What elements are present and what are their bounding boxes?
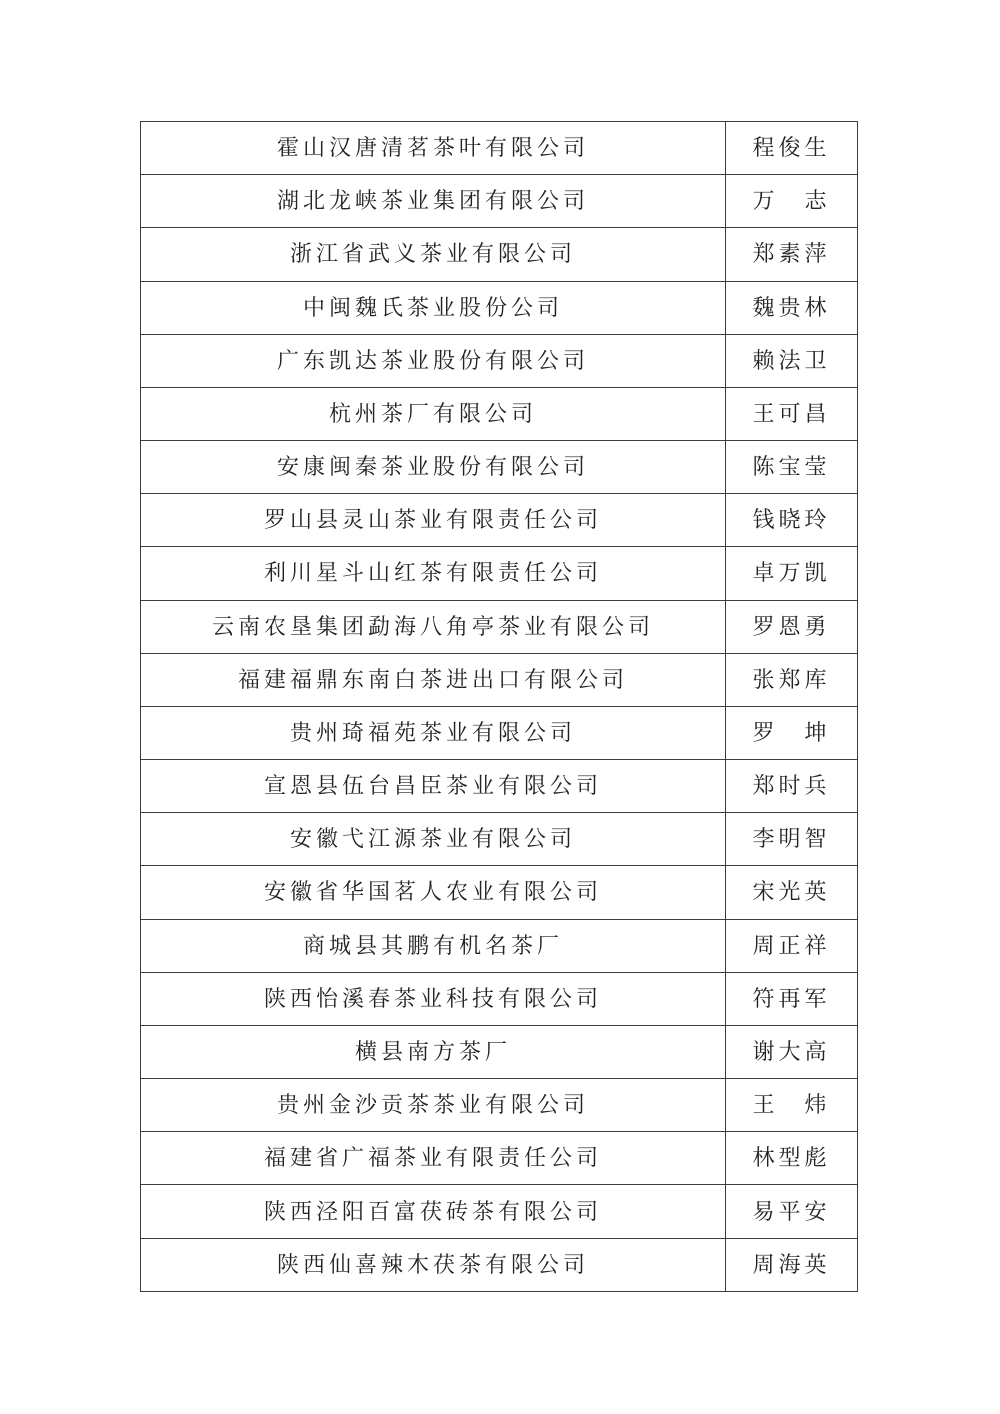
representative-name-cell: 王 炜 <box>726 1079 858 1132</box>
table-row: 浙江省武义茶业有限公司郑素萍 <box>141 228 858 281</box>
table-row: 商城县其鹏有机名茶厂周正祥 <box>141 919 858 972</box>
table-row: 陕西仙喜辣木茯茶有限公司周海英 <box>141 1238 858 1291</box>
company-name-cell: 中闽魏氏茶业股份公司 <box>141 281 726 334</box>
table-row: 霍山汉唐清茗茶叶有限公司程俊生 <box>141 122 858 175</box>
representative-name-cell: 谢大高 <box>726 1025 858 1078</box>
representative-name-cell: 周正祥 <box>726 919 858 972</box>
table-row: 贵州琦福苑茶业有限公司罗 坤 <box>141 706 858 759</box>
company-name-cell: 杭州茶厂有限公司 <box>141 387 726 440</box>
table-row: 陕西怡溪春茶业科技有限公司符再军 <box>141 972 858 1025</box>
company-name-cell: 商城县其鹏有机名茶厂 <box>141 919 726 972</box>
representative-name-cell: 钱晓玲 <box>726 494 858 547</box>
company-name-cell: 霍山汉唐清茗茶叶有限公司 <box>141 122 726 175</box>
representative-name-cell: 魏贵林 <box>726 281 858 334</box>
table-row: 杭州茶厂有限公司王可昌 <box>141 387 858 440</box>
table-row: 宣恩县伍台昌臣茶业有限公司郑时兵 <box>141 760 858 813</box>
document-page: 霍山汉唐清茗茶叶有限公司程俊生湖北龙峡茶业集团有限公司万 志浙江省武义茶业有限公… <box>0 0 1000 1414</box>
company-name-cell: 安徽省华国茗人农业有限公司 <box>141 866 726 919</box>
representative-name-cell: 卓万凯 <box>726 547 858 600</box>
table-row: 罗山县灵山茶业有限责任公司钱晓玲 <box>141 494 858 547</box>
company-name-cell: 贵州金沙贡茶茶业有限公司 <box>141 1079 726 1132</box>
representative-name-cell: 程俊生 <box>726 122 858 175</box>
company-name-cell: 陕西仙喜辣木茯茶有限公司 <box>141 1238 726 1291</box>
representative-name-cell: 罗 坤 <box>726 706 858 759</box>
representative-name-cell: 周海英 <box>726 1238 858 1291</box>
table-row: 福建省广福茶业有限责任公司林型彪 <box>141 1132 858 1185</box>
table-row: 横县南方茶厂谢大高 <box>141 1025 858 1078</box>
table-body: 霍山汉唐清茗茶叶有限公司程俊生湖北龙峡茶业集团有限公司万 志浙江省武义茶业有限公… <box>141 122 858 1292</box>
table-row: 云南农垦集团勐海八角亭茶业有限公司罗恩勇 <box>141 600 858 653</box>
table-row: 利川星斗山红茶有限责任公司卓万凯 <box>141 547 858 600</box>
company-representative-table: 霍山汉唐清茗茶叶有限公司程俊生湖北龙峡茶业集团有限公司万 志浙江省武义茶业有限公… <box>140 121 858 1292</box>
representative-name-cell: 万 志 <box>726 175 858 228</box>
company-name-cell: 福建省广福茶业有限责任公司 <box>141 1132 726 1185</box>
representative-name-cell: 郑素萍 <box>726 228 858 281</box>
company-name-cell: 罗山县灵山茶业有限责任公司 <box>141 494 726 547</box>
representative-name-cell: 王可昌 <box>726 387 858 440</box>
representative-name-cell: 罗恩勇 <box>726 600 858 653</box>
table-row: 贵州金沙贡茶茶业有限公司王 炜 <box>141 1079 858 1132</box>
company-name-cell: 贵州琦福苑茶业有限公司 <box>141 706 726 759</box>
representative-name-cell: 郑时兵 <box>726 760 858 813</box>
company-name-cell: 宣恩县伍台昌臣茶业有限公司 <box>141 760 726 813</box>
table-row: 广东凯达茶业股份有限公司赖法卫 <box>141 334 858 387</box>
representative-name-cell: 陈宝莹 <box>726 441 858 494</box>
table-row: 安康闽秦茶业股份有限公司陈宝莹 <box>141 441 858 494</box>
company-name-cell: 福建福鼎东南白茶进出口有限公司 <box>141 653 726 706</box>
company-name-cell: 浙江省武义茶业有限公司 <box>141 228 726 281</box>
table-row: 福建福鼎东南白茶进出口有限公司张郑库 <box>141 653 858 706</box>
company-name-cell: 横县南方茶厂 <box>141 1025 726 1078</box>
company-name-cell: 广东凯达茶业股份有限公司 <box>141 334 726 387</box>
company-name-cell: 云南农垦集团勐海八角亭茶业有限公司 <box>141 600 726 653</box>
representative-name-cell: 赖法卫 <box>726 334 858 387</box>
representative-name-cell: 张郑库 <box>726 653 858 706</box>
company-name-cell: 安康闽秦茶业股份有限公司 <box>141 441 726 494</box>
representative-name-cell: 符再军 <box>726 972 858 1025</box>
representative-name-cell: 易平安 <box>726 1185 858 1238</box>
table-row: 安徽省华国茗人农业有限公司宋光英 <box>141 866 858 919</box>
company-name-cell: 利川星斗山红茶有限责任公司 <box>141 547 726 600</box>
representative-name-cell: 李明智 <box>726 813 858 866</box>
table-row: 中闽魏氏茶业股份公司魏贵林 <box>141 281 858 334</box>
table-row: 陕西泾阳百富茯砖茶有限公司易平安 <box>141 1185 858 1238</box>
table-row: 安徽弋江源茶业有限公司李明智 <box>141 813 858 866</box>
company-name-cell: 安徽弋江源茶业有限公司 <box>141 813 726 866</box>
table-row: 湖北龙峡茶业集团有限公司万 志 <box>141 175 858 228</box>
company-name-cell: 湖北龙峡茶业集团有限公司 <box>141 175 726 228</box>
representative-name-cell: 林型彪 <box>726 1132 858 1185</box>
company-name-cell: 陕西泾阳百富茯砖茶有限公司 <box>141 1185 726 1238</box>
representative-name-cell: 宋光英 <box>726 866 858 919</box>
company-name-cell: 陕西怡溪春茶业科技有限公司 <box>141 972 726 1025</box>
